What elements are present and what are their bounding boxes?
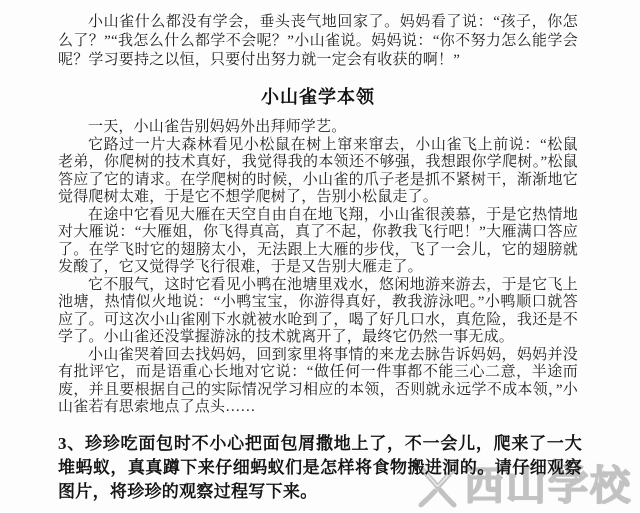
intro-paragraph: 小山雀什么都没有学会，垂头丧气地回家了。妈妈看了说：“孩子，你怎么了？”“我怎么… <box>58 13 578 70</box>
document-page: 小山雀什么都没有学会，垂头丧气地回家了。妈妈看了说：“孩子，你怎么了？”“我怎么… <box>0 0 640 513</box>
story-paragraph-5: 小山雀哭着回去找妈妈，回到家里将事情的来龙去脉告诉妈妈，妈妈并没有批评它，而是语… <box>58 347 578 417</box>
story-paragraph-1: 一天，小山雀告别妈妈外出拜师学艺。 <box>58 119 578 137</box>
exercise-question: 3、珍珍吃面包时不小心把面包屑撒地上了，不一会儿，爬来了一大堆蚂蚁，真真蹲下来仔… <box>58 432 582 504</box>
story-title: 小山雀学本领 <box>58 87 578 108</box>
document-content: 小山雀什么都没有学会，垂头丧气地回家了。妈妈看了说：“孩子，你怎么了？”“我怎么… <box>0 0 640 417</box>
story-paragraph-3: 在途中它看见大雁在天空自由自在地飞翔，小山雀很羡慕，于是它热情地对大雁说：“大雁… <box>58 207 578 277</box>
story-paragraph-2: 它路过一片大森林看见小松鼠在树上窜来窜去，小山雀飞上前说：“松鼠老弟，你爬树的技… <box>58 137 578 207</box>
story-paragraph-4: 它不服气，这时它看见小鸭在池塘里戏水，悠闲地游来游去，于是它飞上池塘，热情似火地… <box>58 277 578 347</box>
